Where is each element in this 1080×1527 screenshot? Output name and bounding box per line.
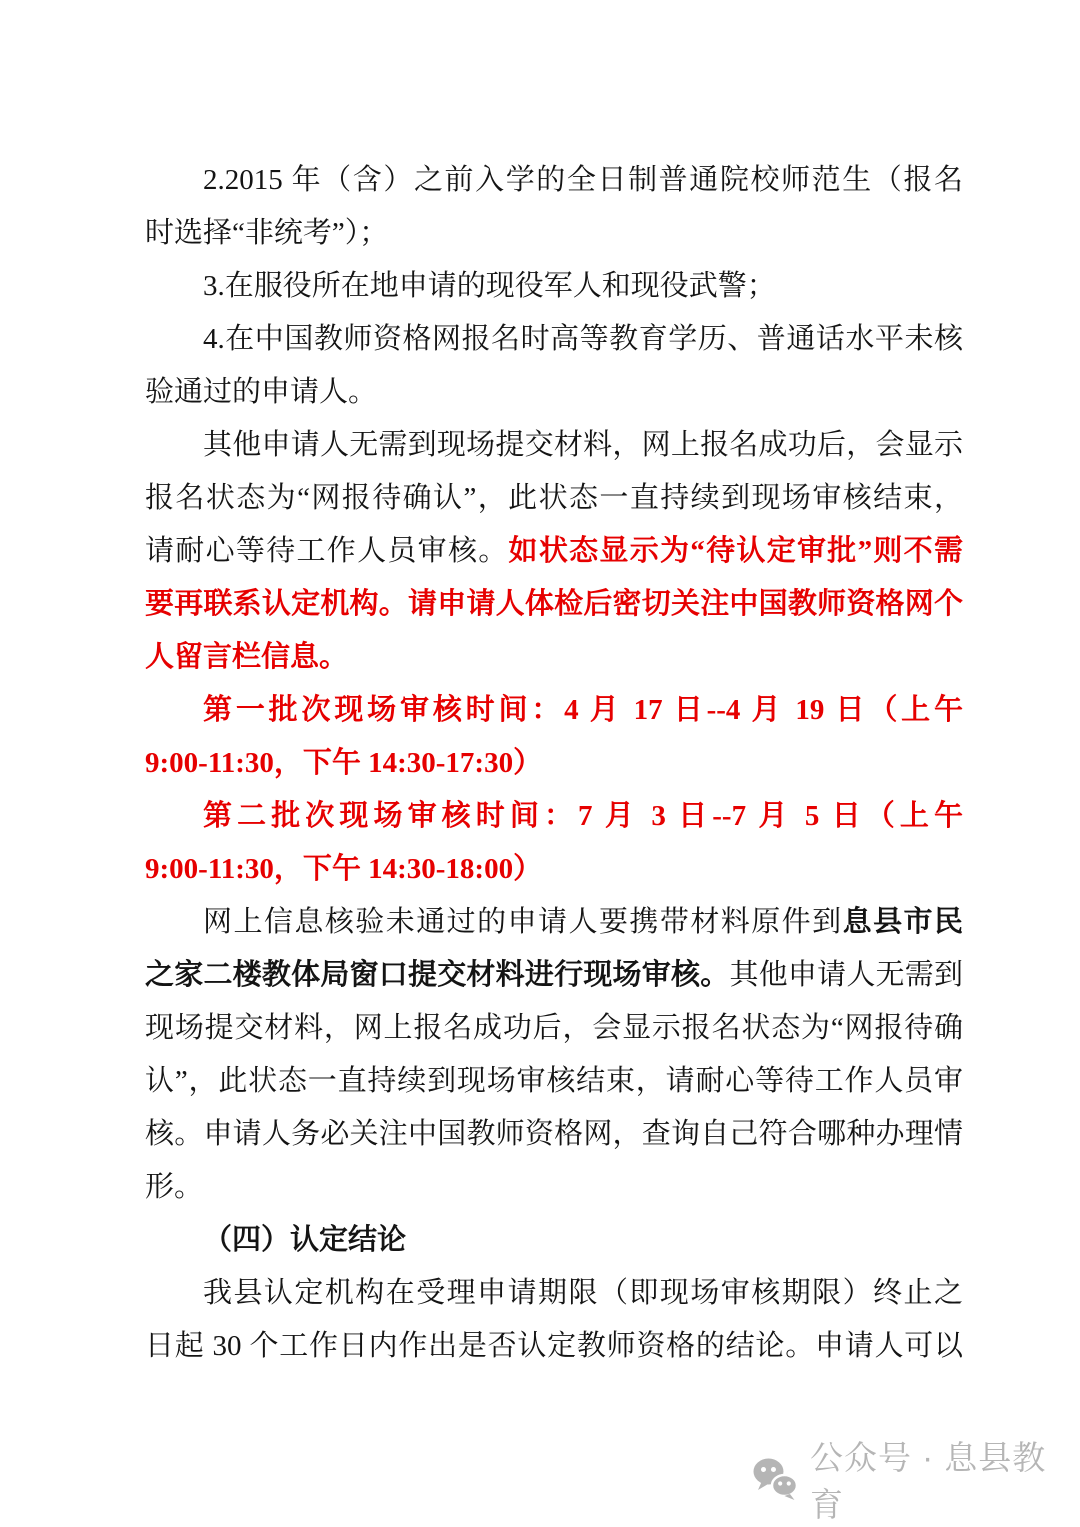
text-run: 第一批次现场审核时间：4 月 17 日--4 月 19 日（上午 bbox=[203, 694, 963, 726]
document-line: 2.2015 年（含）之前入学的全日制普通院校师范生（报名 bbox=[145, 154, 963, 207]
document-line: 网上信息核验未通过的申请人要携带材料原件到息县市民 bbox=[145, 896, 963, 949]
document-line: （四）认定结论 bbox=[145, 1214, 963, 1267]
watermark-label: 公众号 · 息县教育 bbox=[810, 1432, 1080, 1526]
text-run: 形。 bbox=[145, 1171, 203, 1203]
document-line: 现场提交材料，网上报名成功后，会显示报名状态为“网报待确 bbox=[145, 1002, 963, 1055]
document-line: 第一批次现场审核时间：4 月 17 日--4 月 19 日（上午 bbox=[145, 684, 963, 737]
text-run: （四）认定结论 bbox=[203, 1224, 406, 1256]
document-line: 日起 30 个工作日内作出是否认定教师资格的结论。申请人可以 bbox=[145, 1320, 963, 1373]
text-run: 日起 30 个工作日内作出是否认定教师资格的结论。申请人可以 bbox=[145, 1330, 963, 1362]
text-run: 人留言栏信息。 bbox=[145, 641, 348, 673]
document-line: 4.在中国教师资格网报名时高等教育学历、普通话水平未核 bbox=[145, 313, 963, 366]
text-run: 其他申请人无需到现场提交材料，网上报名成功后，会显示 bbox=[203, 429, 963, 461]
text-run: 之家二楼教体局窗口提交材料进行现场审核。 bbox=[145, 959, 729, 991]
document-line: 请耐心等待工作人员审核。如状态显示为“待认定审批”则不需 bbox=[145, 525, 963, 578]
document-page: 2.2015 年（含）之前入学的全日制普通院校师范生（报名时选择“非统考”）；3… bbox=[0, 0, 1080, 1527]
document-line: 其他申请人无需到现场提交材料，网上报名成功后，会显示 bbox=[145, 419, 963, 472]
document-line: 认”，此状态一直持续到现场审核结束，请耐心等待工作人员审 bbox=[145, 1055, 963, 1108]
document-line: 核。申请人务必关注中国教师资格网，查询自己符合哪种办理情 bbox=[145, 1108, 963, 1161]
document-body: 2.2015 年（含）之前入学的全日制普通院校师范生（报名时选择“非统考”）；3… bbox=[145, 154, 963, 1373]
text-run: 9:00-11:30，下午 14:30-17:30） bbox=[145, 747, 542, 779]
text-run: 我县认定机构在受理申请期限（即现场审核期限）终止之 bbox=[203, 1277, 963, 1309]
text-run: 9:00-11:30，下午 14:30-18:00） bbox=[145, 853, 542, 885]
document-line: 之家二楼教体局窗口提交材料进行现场审核。其他申请人无需到 bbox=[145, 949, 963, 1002]
text-run: 4.在中国教师资格网报名时高等教育学历、普通话水平未核 bbox=[203, 323, 963, 355]
document-line: 9:00-11:30，下午 14:30-18:00） bbox=[145, 843, 963, 896]
text-run: 验通过的申请人。 bbox=[145, 376, 377, 408]
text-run: 如状态显示为“待认定审批”则不需 bbox=[509, 535, 963, 567]
document-line: 报名状态为“网报待确认”，此状态一直持续到现场审核结束， bbox=[145, 472, 963, 525]
text-run: 2.2015 年（含）之前入学的全日制普通院校师范生（报名 bbox=[203, 164, 963, 196]
text-run: 认”，此状态一直持续到现场审核结束，请耐心等待工作人员审 bbox=[145, 1065, 963, 1097]
text-run: 3.在服役所在地申请的现役军人和现役武警； bbox=[203, 270, 776, 302]
text-run: 时选择“非统考”）； bbox=[145, 217, 388, 249]
wechat-icon bbox=[752, 1457, 798, 1501]
text-run: 核。申请人务必关注中国教师资格网，查询自己符合哪种办理情 bbox=[145, 1118, 963, 1150]
document-line: 3.在服役所在地申请的现役军人和现役武警； bbox=[145, 260, 963, 313]
watermark: 公众号 · 息县教育 bbox=[752, 1455, 1080, 1503]
document-line: 人留言栏信息。 bbox=[145, 631, 963, 684]
text-run: 现场提交材料，网上报名成功后，会显示报名状态为“网报待确 bbox=[145, 1012, 963, 1044]
document-line: 形。 bbox=[145, 1161, 963, 1214]
text-run: 要再联系认定机构。请申请人体检后密切关注中国教师资格网个 bbox=[145, 588, 963, 620]
document-line: 9:00-11:30，下午 14:30-17:30） bbox=[145, 737, 963, 790]
text-run: 网上信息核验未通过的申请人要携带材料原件到 bbox=[203, 906, 843, 938]
text-run: 其他申请人无需到 bbox=[729, 959, 963, 991]
text-run: 第二批次现场审核时间：7 月 3 日--7 月 5 日（上午 bbox=[203, 800, 963, 832]
text-run: 报名状态为“网报待确认”，此状态一直持续到现场审核结束， bbox=[145, 482, 963, 514]
document-line: 第二批次现场审核时间：7 月 3 日--7 月 5 日（上午 bbox=[145, 790, 963, 843]
document-line: 时选择“非统考”）； bbox=[145, 207, 963, 260]
text-run: 息县市民 bbox=[843, 906, 963, 938]
document-line: 我县认定机构在受理申请期限（即现场审核期限）终止之 bbox=[145, 1267, 963, 1320]
document-line: 要再联系认定机构。请申请人体检后密切关注中国教师资格网个 bbox=[145, 578, 963, 631]
document-line: 验通过的申请人。 bbox=[145, 366, 963, 419]
text-run: 请耐心等待工作人员审核。 bbox=[145, 535, 509, 567]
